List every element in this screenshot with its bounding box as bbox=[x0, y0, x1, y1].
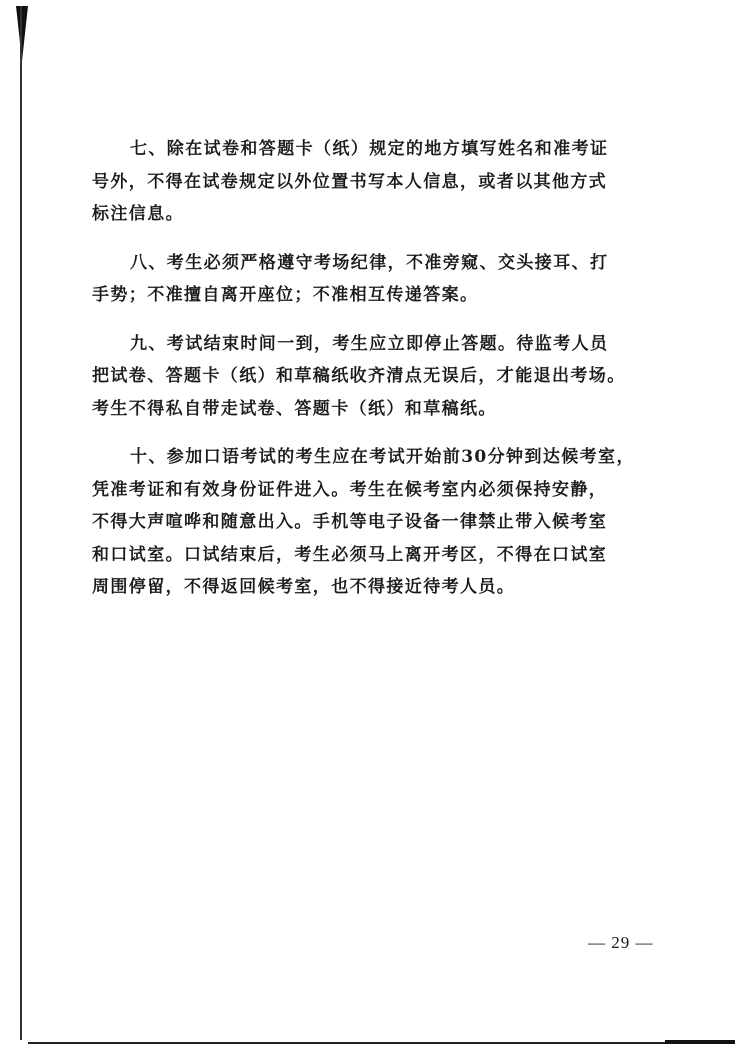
paragraph-10: 十、参加口语考试的考生应在考试开始前30分钟到达候考室， 凭准考证和有效身份证件… bbox=[92, 441, 657, 604]
document-body: 七、除在试卷和答题卡（纸）规定的地方填写姓名和准考证 号外，不得在试卷规定以外位… bbox=[92, 133, 657, 620]
text-line: 周围停留，不得返回候考室，也不得接近待考人员。 bbox=[92, 571, 657, 604]
text-line: 把试卷、答题卡（纸）和草稿纸收齐清点无误后，才能退出考场。 bbox=[92, 360, 657, 393]
text-line: 标注信息。 bbox=[92, 198, 657, 231]
scan-left-edge bbox=[20, 6, 22, 1040]
paragraph-9: 九、考试结束时间一到，考生应立即停止答题。待监考人员 把试卷、答题卡（纸）和草稿… bbox=[92, 328, 657, 426]
text-line: 不得大声喧哗和随意出入。手机等电子设备一律禁止带入候考室 bbox=[92, 506, 657, 539]
text-line: 十、参加口语考试的考生应在考试开始前30分钟到达候考室， bbox=[92, 441, 657, 474]
paragraph-8: 八、考生必须严格遵守考场纪律，不准旁窥、交头接耳、打 手势；不准擅自离开座位；不… bbox=[92, 247, 657, 312]
text-line: 号外，不得在试卷规定以外位置书写本人信息，或者以其他方式 bbox=[92, 166, 657, 199]
text-line: 手势；不准擅自离开座位；不准相互传递答案。 bbox=[92, 279, 657, 312]
scan-bottom-edge-mark bbox=[665, 1040, 735, 1044]
text-line: 和口试室。口试结束后，考生必须马上离开考区，不得在口试室 bbox=[92, 539, 657, 572]
scan-edge-mark bbox=[16, 6, 28, 61]
text-line: 八、考生必须严格遵守考场纪律，不准旁窥、交头接耳、打 bbox=[92, 247, 657, 280]
text-line: 考生不得私自带走试卷、答题卡（纸）和草稿纸。 bbox=[92, 393, 657, 426]
text-line: 凭准考证和有效身份证件进入。考生在候考室内必须保持安静， bbox=[92, 474, 657, 507]
text-line: 七、除在试卷和答题卡（纸）规定的地方填写姓名和准考证 bbox=[92, 133, 657, 166]
paragraph-7: 七、除在试卷和答题卡（纸）规定的地方填写姓名和准考证 号外，不得在试卷规定以外位… bbox=[92, 133, 657, 231]
page-number: — 29 — bbox=[588, 933, 654, 953]
text-line: 九、考试结束时间一到，考生应立即停止答题。待监考人员 bbox=[92, 328, 657, 361]
scan-bottom-edge bbox=[28, 1042, 734, 1044]
